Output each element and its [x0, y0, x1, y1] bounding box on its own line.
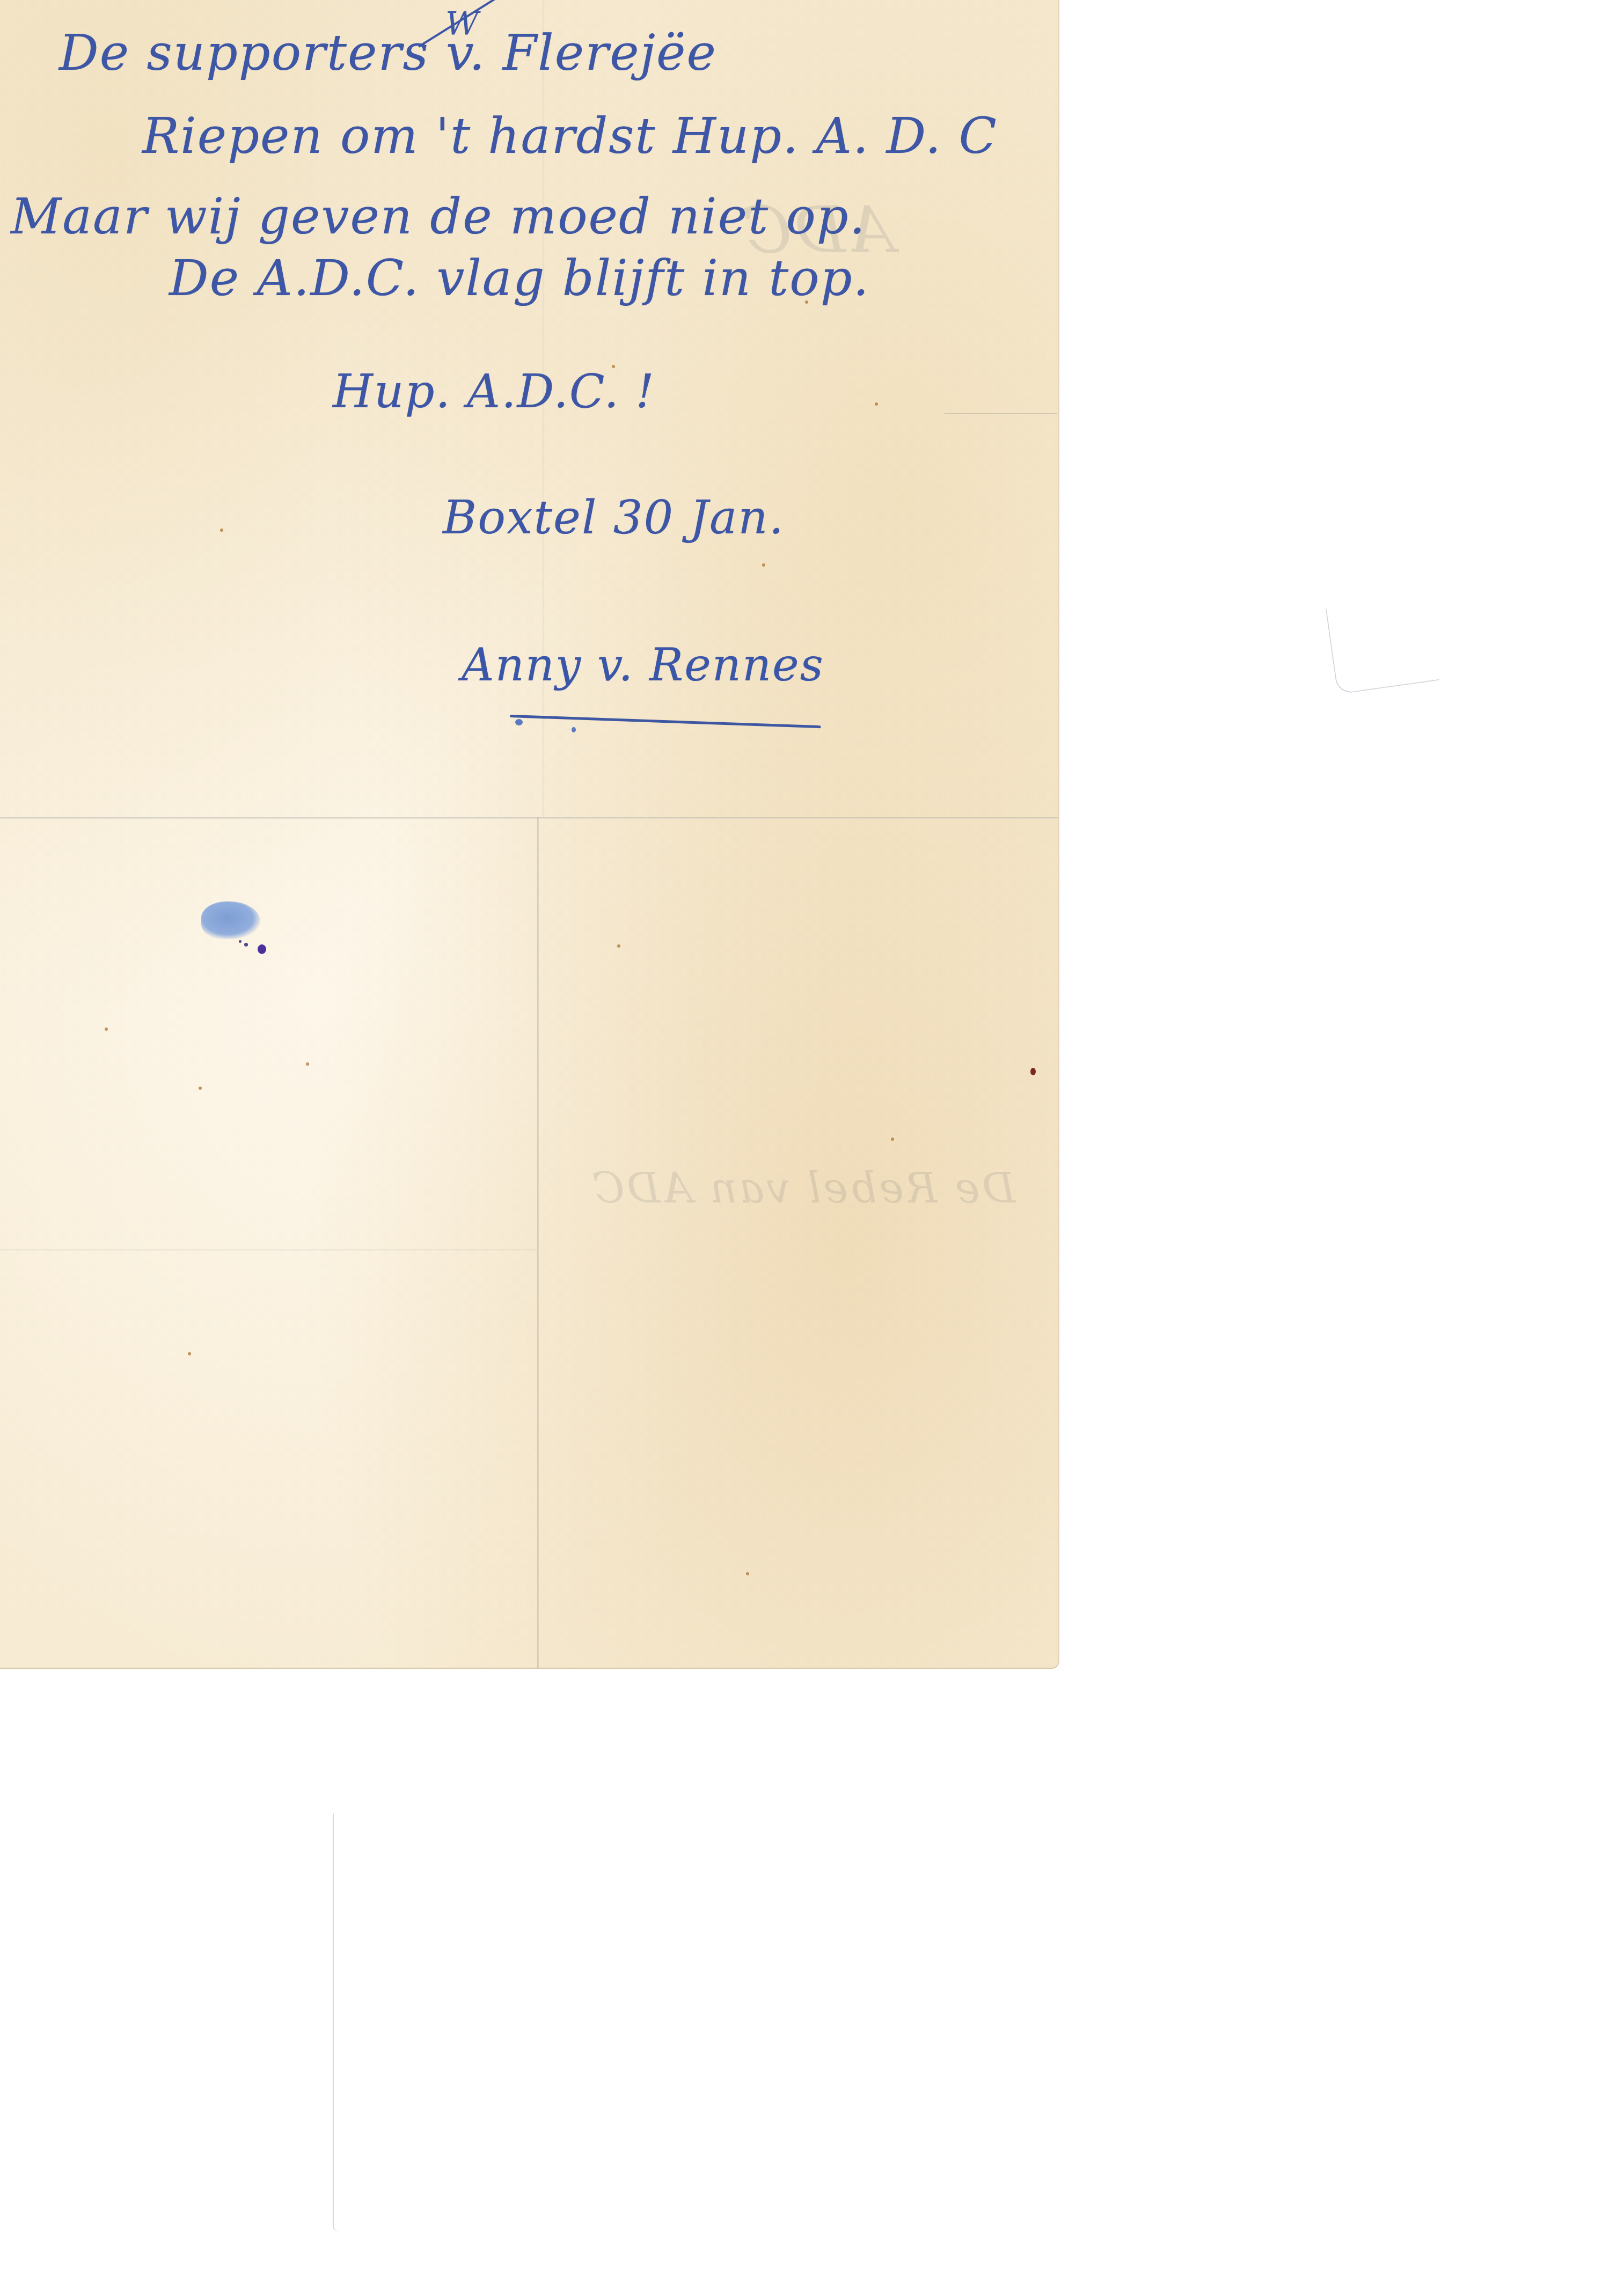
- ink-blot: [201, 901, 260, 939]
- letter-line-1: De supporters v. Flerejëe: [59, 24, 717, 82]
- foxing-spot: [199, 1087, 202, 1090]
- foxing-spot: [612, 365, 615, 368]
- foxing-spot: [220, 529, 223, 532]
- signature-underline: [510, 715, 821, 728]
- scanner-hairline: [333, 1814, 339, 2232]
- place-date-line: Boxtel 30 Jan.: [443, 491, 785, 545]
- scanner-hairline: [1326, 594, 1440, 694]
- ink-dot: [515, 719, 523, 725]
- signature: Anny v. Rennes: [462, 639, 824, 691]
- edge-crease: [945, 413, 1057, 414]
- letter-line-2: Riepen om 't hardst Hup. A. D. C: [142, 107, 998, 165]
- stain-spot: [1030, 1068, 1036, 1075]
- horizontal-crease: [0, 1249, 537, 1251]
- ink-dot: [572, 727, 576, 732]
- ink-drop: [258, 944, 266, 954]
- letter-line-5: Hup. A.D.C. !: [333, 365, 655, 419]
- letter-line-3: Maar wij geven de moed niet op.: [11, 188, 866, 245]
- foxing-spot: [762, 563, 765, 567]
- letter-paper: ADC De Rebel van ADC W De supporters v. …: [0, 0, 1059, 1669]
- foxing-spot: [105, 1028, 108, 1031]
- foxing-spot: [805, 300, 808, 304]
- foxing-spot: [875, 402, 878, 406]
- ink-drop: [239, 940, 241, 943]
- foxing-spot: [746, 1572, 749, 1575]
- ink-drop: [244, 943, 248, 947]
- letter-line-4: De A.D.C. vlag blijft in top.: [169, 250, 870, 307]
- vertical-fold: [537, 817, 539, 1668]
- scanner-background: ADC De Rebel van ADC W De supporters v. …: [0, 0, 1610, 2296]
- horizontal-fold: [0, 817, 1058, 819]
- foxing-spot: [617, 944, 620, 948]
- foxing-spot: [891, 1138, 894, 1141]
- foxing-spot: [188, 1352, 191, 1355]
- foxing-spot: [306, 1062, 309, 1066]
- bleed-through-text: De Rebel van ADC: [590, 1164, 1015, 1213]
